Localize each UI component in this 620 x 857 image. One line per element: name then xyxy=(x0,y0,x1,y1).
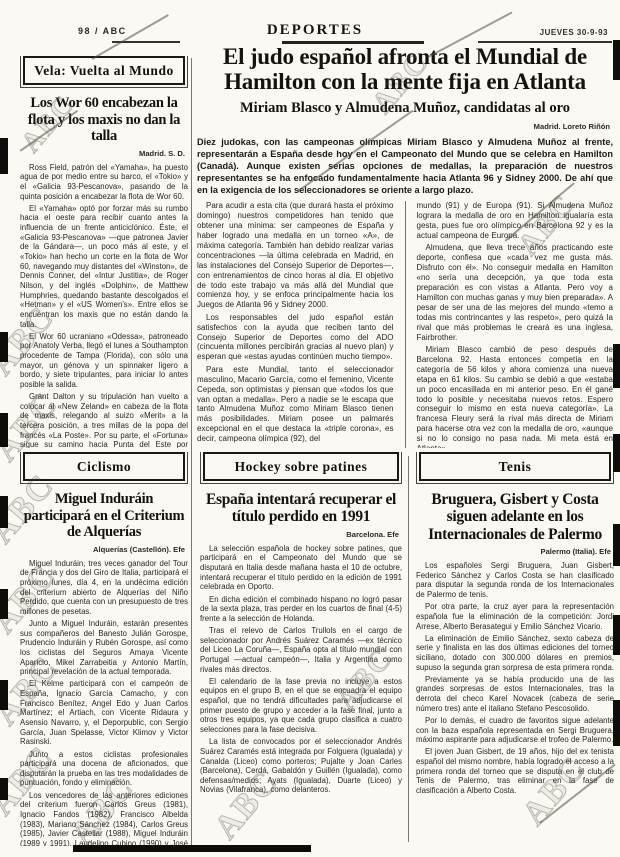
article-headline: Bruguera, Gisbert y Costa siguen adelant… xyxy=(416,491,614,543)
article-dateline: Alquerías (Castellón). Efe xyxy=(20,545,185,554)
article-headline: España intentará recuperar el título per… xyxy=(200,491,402,526)
paragraph: El «Yamaha» optó por forzar más su rumbo… xyxy=(20,204,188,330)
article-headline: Los Wor 60 encabezan la flota y los maxi… xyxy=(20,95,188,145)
article-dateline: Madrid. S. D. xyxy=(20,149,185,158)
scan-artifact xyxy=(613,434,620,472)
article-body-col1: Para acudir a esta cita (que durará hast… xyxy=(197,201,394,446)
article-dateline: Barcelona. Efe xyxy=(200,530,399,539)
paragraph: Junto a Miguel Induráin, estarán present… xyxy=(20,619,188,677)
paragraph: La eliminación de Emilio Sánchez, sexto … xyxy=(416,634,614,673)
paragraph: Los vencedores de las anteriores edicion… xyxy=(20,791,188,846)
paragraph: Miguel Induráin, tres veces ganador del … xyxy=(20,559,188,617)
scan-artifact xyxy=(0,680,8,710)
paragraph: El calendario de la fase previa no inclu… xyxy=(200,677,402,735)
scan-artifact xyxy=(613,524,620,566)
header-page-ref: 98 / ABC xyxy=(78,26,127,36)
scan-artifact xyxy=(0,332,8,362)
article-body: Ross Field, patrón del «Yamaha», ha pues… xyxy=(20,163,188,448)
scan-artifact xyxy=(0,138,8,174)
article-columns: Para acudir a esta cita (que durará hast… xyxy=(197,201,613,448)
scan-artifact xyxy=(613,700,620,746)
article-hockey: Hockey sobre patines España intentará re… xyxy=(200,452,402,846)
article-byline: Madrid. Loreto Riñón xyxy=(197,122,610,131)
scan-artifact xyxy=(613,40,620,80)
article-vela: Vela: Vuelta al Mundo Los Wor 60 encabez… xyxy=(20,56,188,448)
paragraph: Previamente ya se había producido una de… xyxy=(416,675,614,714)
scan-artifact xyxy=(613,344,620,388)
paragraph: El Kelme participará con el campeón de E… xyxy=(20,679,188,747)
scan-artifact xyxy=(0,778,8,800)
section-kicker-vela: Vela: Vuelta al Mundo xyxy=(23,56,185,85)
scan-artifact xyxy=(613,615,620,655)
paragraph: Miriam Blasco cambió de peso después de … xyxy=(417,345,614,448)
article-headline: Miguel Induráin participará en el Criter… xyxy=(20,491,188,541)
paragraph: Los responsables del judo español están … xyxy=(197,313,394,363)
paragraph: Grant Dalton y su tripulación han vuelto… xyxy=(20,392,188,448)
scan-artifact xyxy=(0,589,8,619)
newspaper-page: 98 / ABC DEPORTES JUEVES 30-9-93 Vela: V… xyxy=(0,0,620,857)
header-section-title: DEPORTES xyxy=(240,22,390,39)
scan-artifact xyxy=(0,413,8,447)
section-kicker-tenis: Tenis xyxy=(419,452,611,481)
section-kicker-hockey: Hockey sobre patines xyxy=(203,452,399,481)
paragraph: Los españoles Sergi Bruguera, Juan Gisbe… xyxy=(416,561,614,600)
paragraph: Por otra parte, la cruz ayer para la rep… xyxy=(416,602,614,631)
article-body: Miguel Induráin, tres veces ganador del … xyxy=(20,559,188,846)
scan-artifact xyxy=(0,496,8,528)
header-rule xyxy=(478,41,612,43)
paragraph: Ross Field, patrón del «Yamaha», ha pues… xyxy=(20,163,188,202)
paragraph: La selección española de hockey sobre pa… xyxy=(200,544,402,592)
header-date: JUEVES 30-9-93 xyxy=(540,28,608,37)
section-kicker-ciclismo: Ciclismo xyxy=(23,452,185,481)
paragraph: Para acudir a esta cita (que durará hast… xyxy=(197,201,394,310)
scan-artifact xyxy=(73,845,311,852)
paragraph: Almudena, que lleva trece años practican… xyxy=(417,243,614,342)
article-dateline: Palermo (Italia). Efe xyxy=(416,547,611,556)
column-rule xyxy=(191,58,192,845)
paragraph: Tras el relevo de Carlos Trullols en el … xyxy=(200,626,402,674)
column-rule xyxy=(408,456,409,842)
article-judo: El judo español afronta el Mundial de Ha… xyxy=(197,44,613,448)
paragraph: mundo (91) y de Europa (91). Si Almudena… xyxy=(417,201,614,241)
scan-slash xyxy=(92,14,169,59)
paragraph: Junto a estos ciclistas profesionales pa… xyxy=(20,750,188,789)
article-body: La selección española de hockey sobre pa… xyxy=(200,544,402,795)
article-lead: Diez judokas, con las campeonas olímpica… xyxy=(197,136,613,197)
article-ciclismo: Ciclismo Miguel Induráin participará en … xyxy=(20,452,188,846)
article-headline: El judo español afronta el Mundial de Ha… xyxy=(197,44,613,95)
paragraph: La lista de convocados por el selecciona… xyxy=(200,737,402,795)
paragraph: Para este Mundial, tanto el seleccionado… xyxy=(197,365,394,444)
paragraph: Por lo demás, el cuadro de favoritos sig… xyxy=(416,716,614,745)
paragraph: El Wor 60 ucraniano «Odessa», patroneado… xyxy=(20,332,188,390)
article-body: Los españoles Sergi Bruguera, Juan Gisbe… xyxy=(416,561,614,796)
paragraph: En dicha edición el combinado hispano no… xyxy=(200,595,402,624)
